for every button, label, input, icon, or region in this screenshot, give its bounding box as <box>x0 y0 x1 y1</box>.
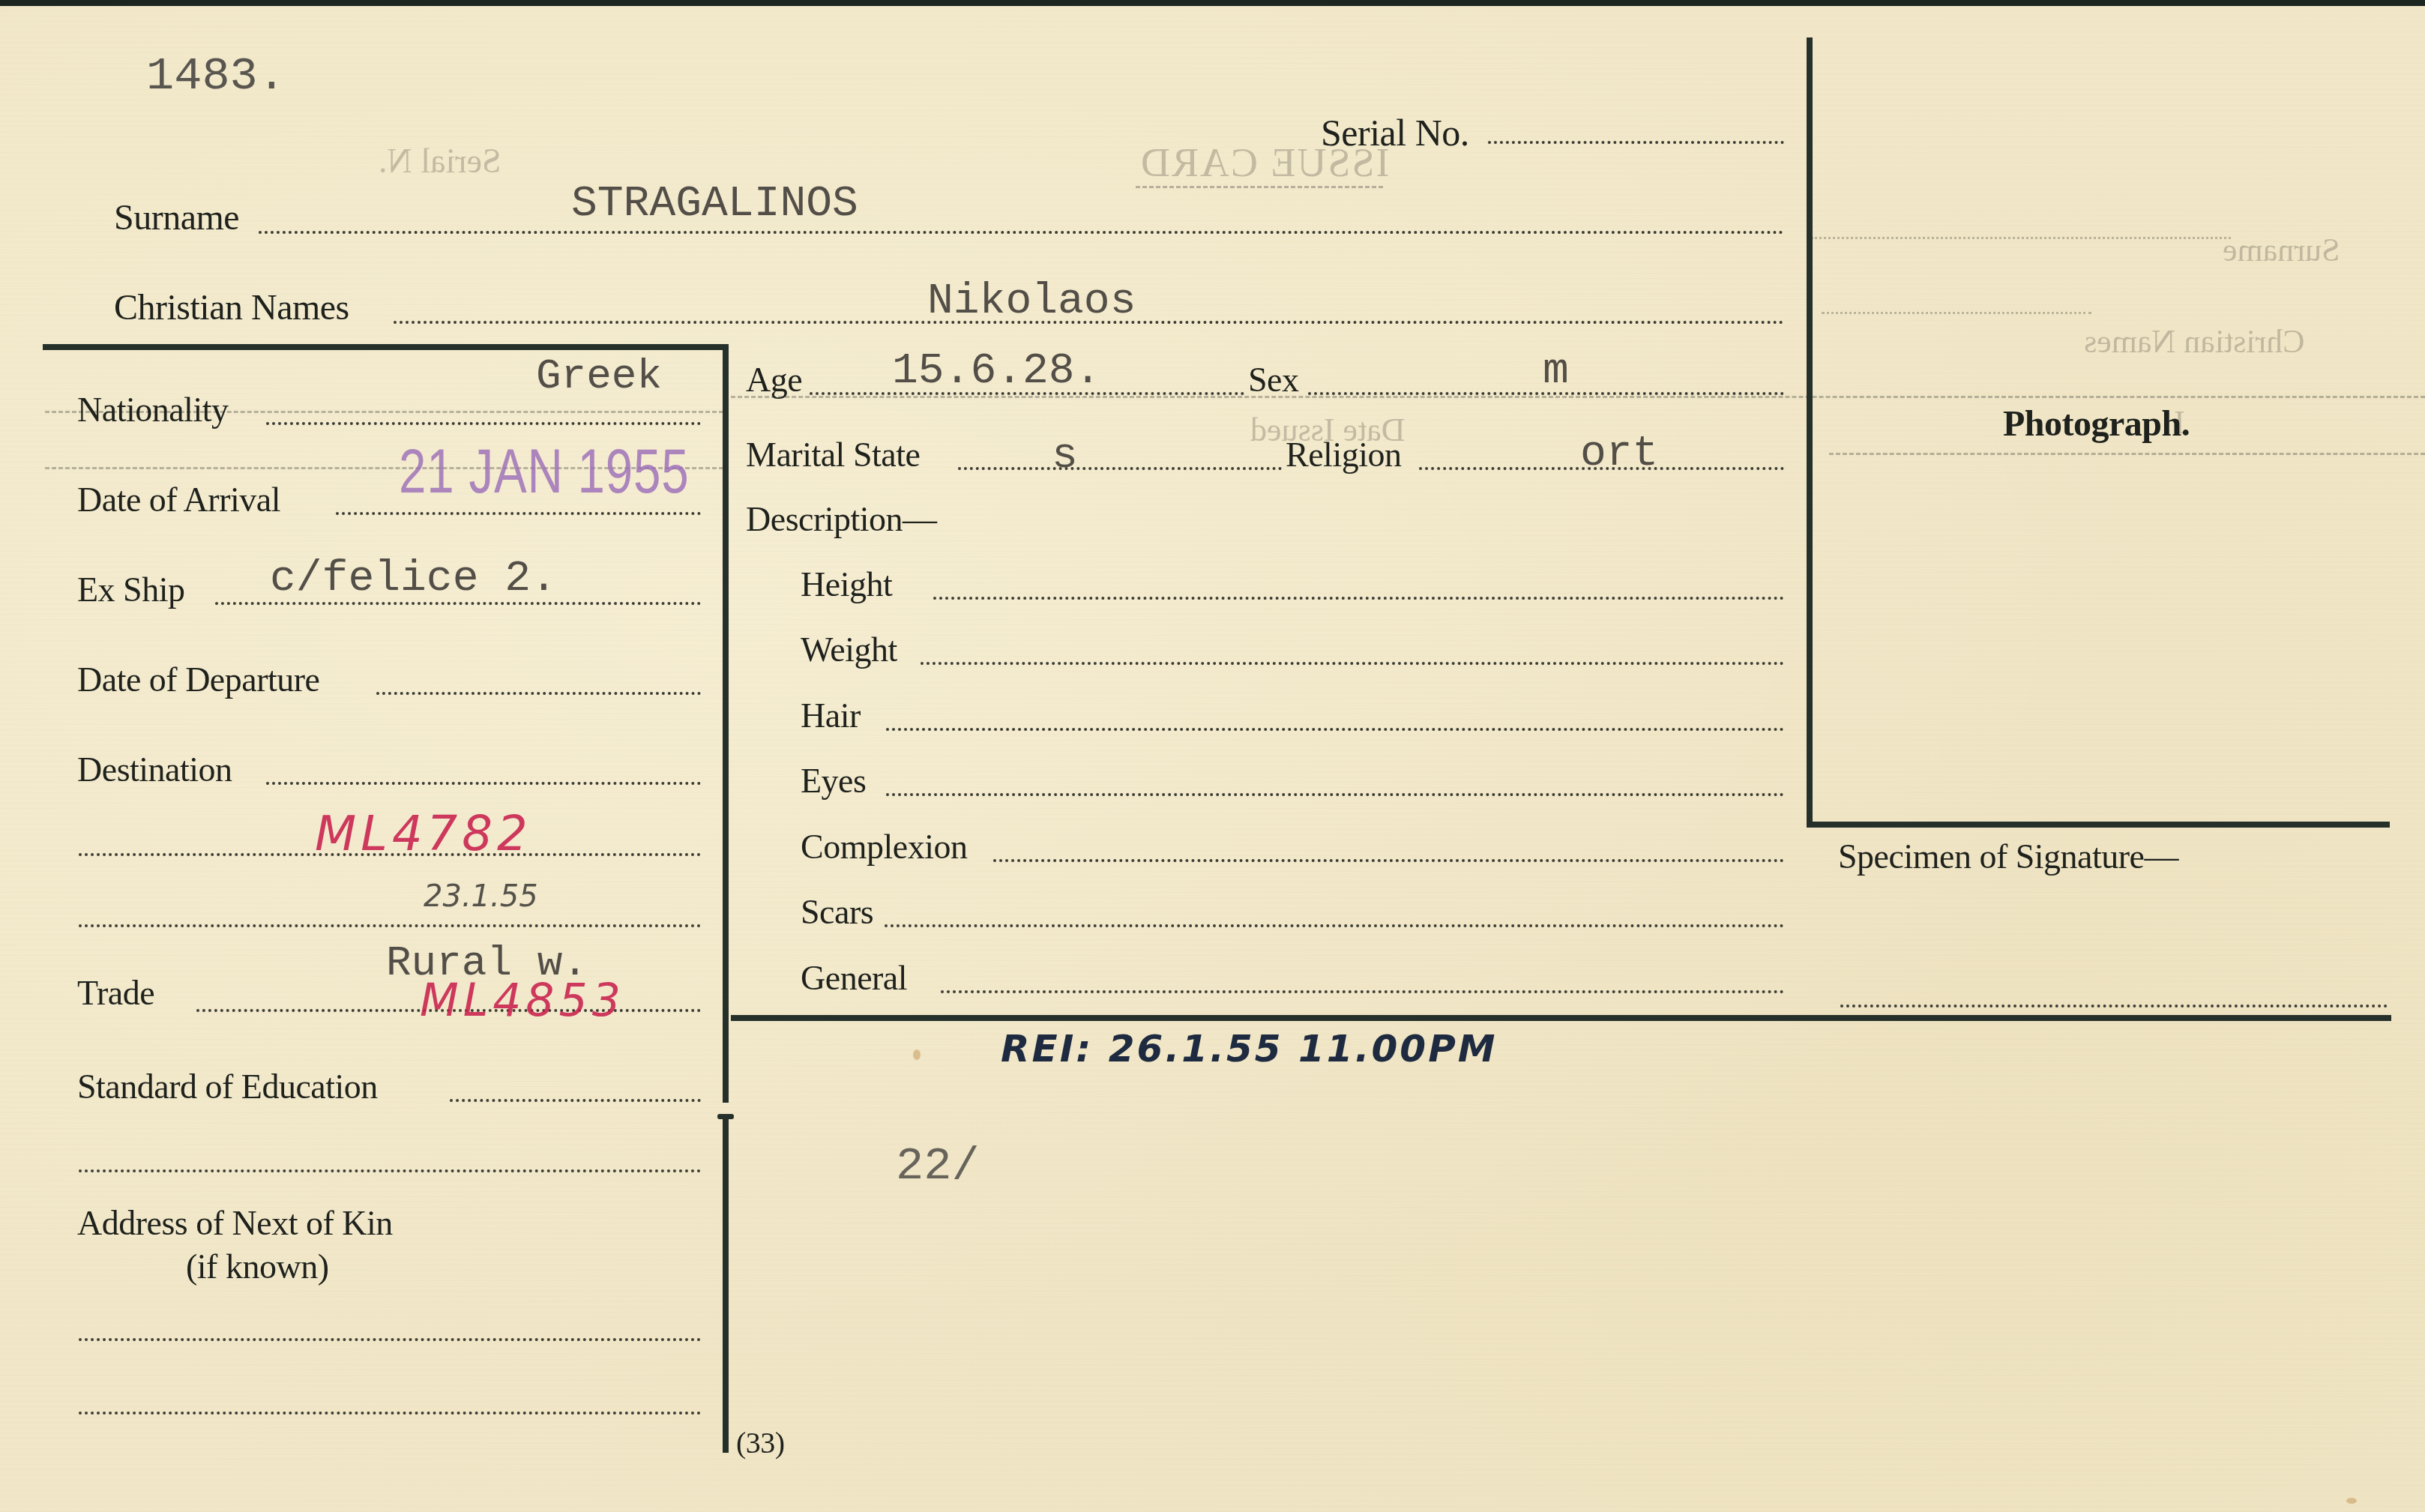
stain <box>913 1049 921 1060</box>
photograph-area[interactable] <box>1814 456 2388 819</box>
date-of-arrival-label: Date of Arrival <box>77 480 280 519</box>
christian-names-value: Nikolaos <box>927 277 1136 326</box>
serial-no-label: Serial No. <box>1321 111 1469 154</box>
marital-state-label: Marital State <box>746 435 920 475</box>
destination-field-line-3[interactable] <box>79 924 701 927</box>
photograph-label: Photograph. <box>2003 403 2190 445</box>
form-number: (33) <box>736 1425 785 1460</box>
weight-label: Weight <box>801 630 897 669</box>
nationality-field[interactable] <box>266 422 701 425</box>
ex-ship-value: c/felice 2. <box>270 555 557 603</box>
scars-label: Scars <box>801 892 873 932</box>
date-of-arrival-stamp: 21 JAN 1955 <box>399 435 689 507</box>
religion-label: Religion <box>1286 435 1401 475</box>
trade-handwritten-code: ML4853 <box>420 975 625 1027</box>
left-box-top-border <box>43 344 729 350</box>
sex-value: m <box>1543 347 1569 396</box>
age-label: Age <box>746 360 802 400</box>
next-of-kin-field-line-1[interactable] <box>79 1338 701 1341</box>
general-field[interactable] <box>941 990 1784 993</box>
marital-state-field[interactable] <box>958 467 1282 470</box>
religion-value: ort <box>1580 430 1658 478</box>
height-label: Height <box>801 564 892 604</box>
photo-box-bottom-border <box>1807 822 2390 828</box>
surname-field[interactable] <box>259 231 1784 234</box>
registration-card: 1483. Serial N. ISSUE CARD Surname Chris… <box>0 0 2425 1512</box>
ghost-serial-text: Serial N. <box>379 141 501 181</box>
marital-state-value: s <box>1052 432 1078 481</box>
next-of-kin-field-line-2[interactable] <box>79 1412 701 1415</box>
stain <box>2346 1498 2357 1504</box>
destination-handwritten-date: 23.1.55 <box>424 879 538 914</box>
age-value: 15.6.28. <box>892 347 1100 396</box>
education-field[interactable] <box>450 1099 701 1102</box>
ex-ship-label: Ex Ship <box>77 570 184 609</box>
destination-handwritten-code: ML4782 <box>315 807 532 862</box>
next-of-kin-sublabel: (if known) <box>186 1247 328 1286</box>
weight-field[interactable] <box>921 662 1784 665</box>
description-bottom-border <box>731 1015 2391 1021</box>
nationality-value: Greek <box>536 352 662 400</box>
sex-label: Sex <box>1248 360 1299 400</box>
photo-box-left-border <box>1807 37 1813 826</box>
eyes-field[interactable] <box>886 793 1784 796</box>
ghost-underline <box>1136 186 1383 188</box>
complexion-field[interactable] <box>993 859 1784 862</box>
scars-field[interactable] <box>885 924 1784 927</box>
card-number: 1483. <box>146 49 286 103</box>
ghost-leader <box>1811 237 2231 239</box>
rule-cap <box>717 1114 734 1119</box>
destination-label: Destination <box>77 750 232 789</box>
christian-names-label: Christian Names <box>114 287 349 328</box>
surname-label: Surname <box>114 197 239 238</box>
signature-field[interactable] <box>1840 1005 2388 1008</box>
date-of-arrival-field[interactable] <box>336 512 701 515</box>
received-note: REI: 26.1.55 11.00PM <box>1001 1027 1498 1070</box>
serial-no-field[interactable] <box>1488 141 1784 144</box>
date-of-departure-label: Date of Departure <box>77 660 320 699</box>
eyes-label: Eyes <box>801 761 866 801</box>
ghost-rule <box>731 396 2425 398</box>
complexion-label: Complexion <box>801 827 967 867</box>
hair-label: Hair <box>801 696 861 735</box>
hair-field[interactable] <box>886 728 1784 731</box>
ghost-christian-names-text: Christian Names <box>2084 322 2305 361</box>
left-box-right-border <box>723 344 729 1103</box>
trade-label: Trade <box>77 973 154 1013</box>
description-label: Description— <box>746 499 937 539</box>
ghost-rule <box>1829 453 2425 455</box>
height-field[interactable] <box>933 597 1784 600</box>
education-field-line-2[interactable] <box>79 1169 701 1172</box>
ghost-surname-text: Surname <box>2223 231 2340 269</box>
date-of-departure-field[interactable] <box>376 692 701 695</box>
signature-label: Specimen of Signature— <box>1838 837 2178 876</box>
next-of-kin-label: Address of Next of Kin <box>77 1203 393 1243</box>
surname-value: STRAGALINOS <box>571 180 858 229</box>
education-label: Standard of Education <box>77 1067 378 1106</box>
number-note: 22/ <box>896 1139 980 1193</box>
left-box-right-border-lower <box>723 1118 729 1453</box>
destination-field[interactable] <box>266 782 701 785</box>
general-label: General <box>801 958 907 998</box>
nationality-label: Nationality <box>77 390 228 430</box>
ghost-leader <box>1822 312 2091 314</box>
